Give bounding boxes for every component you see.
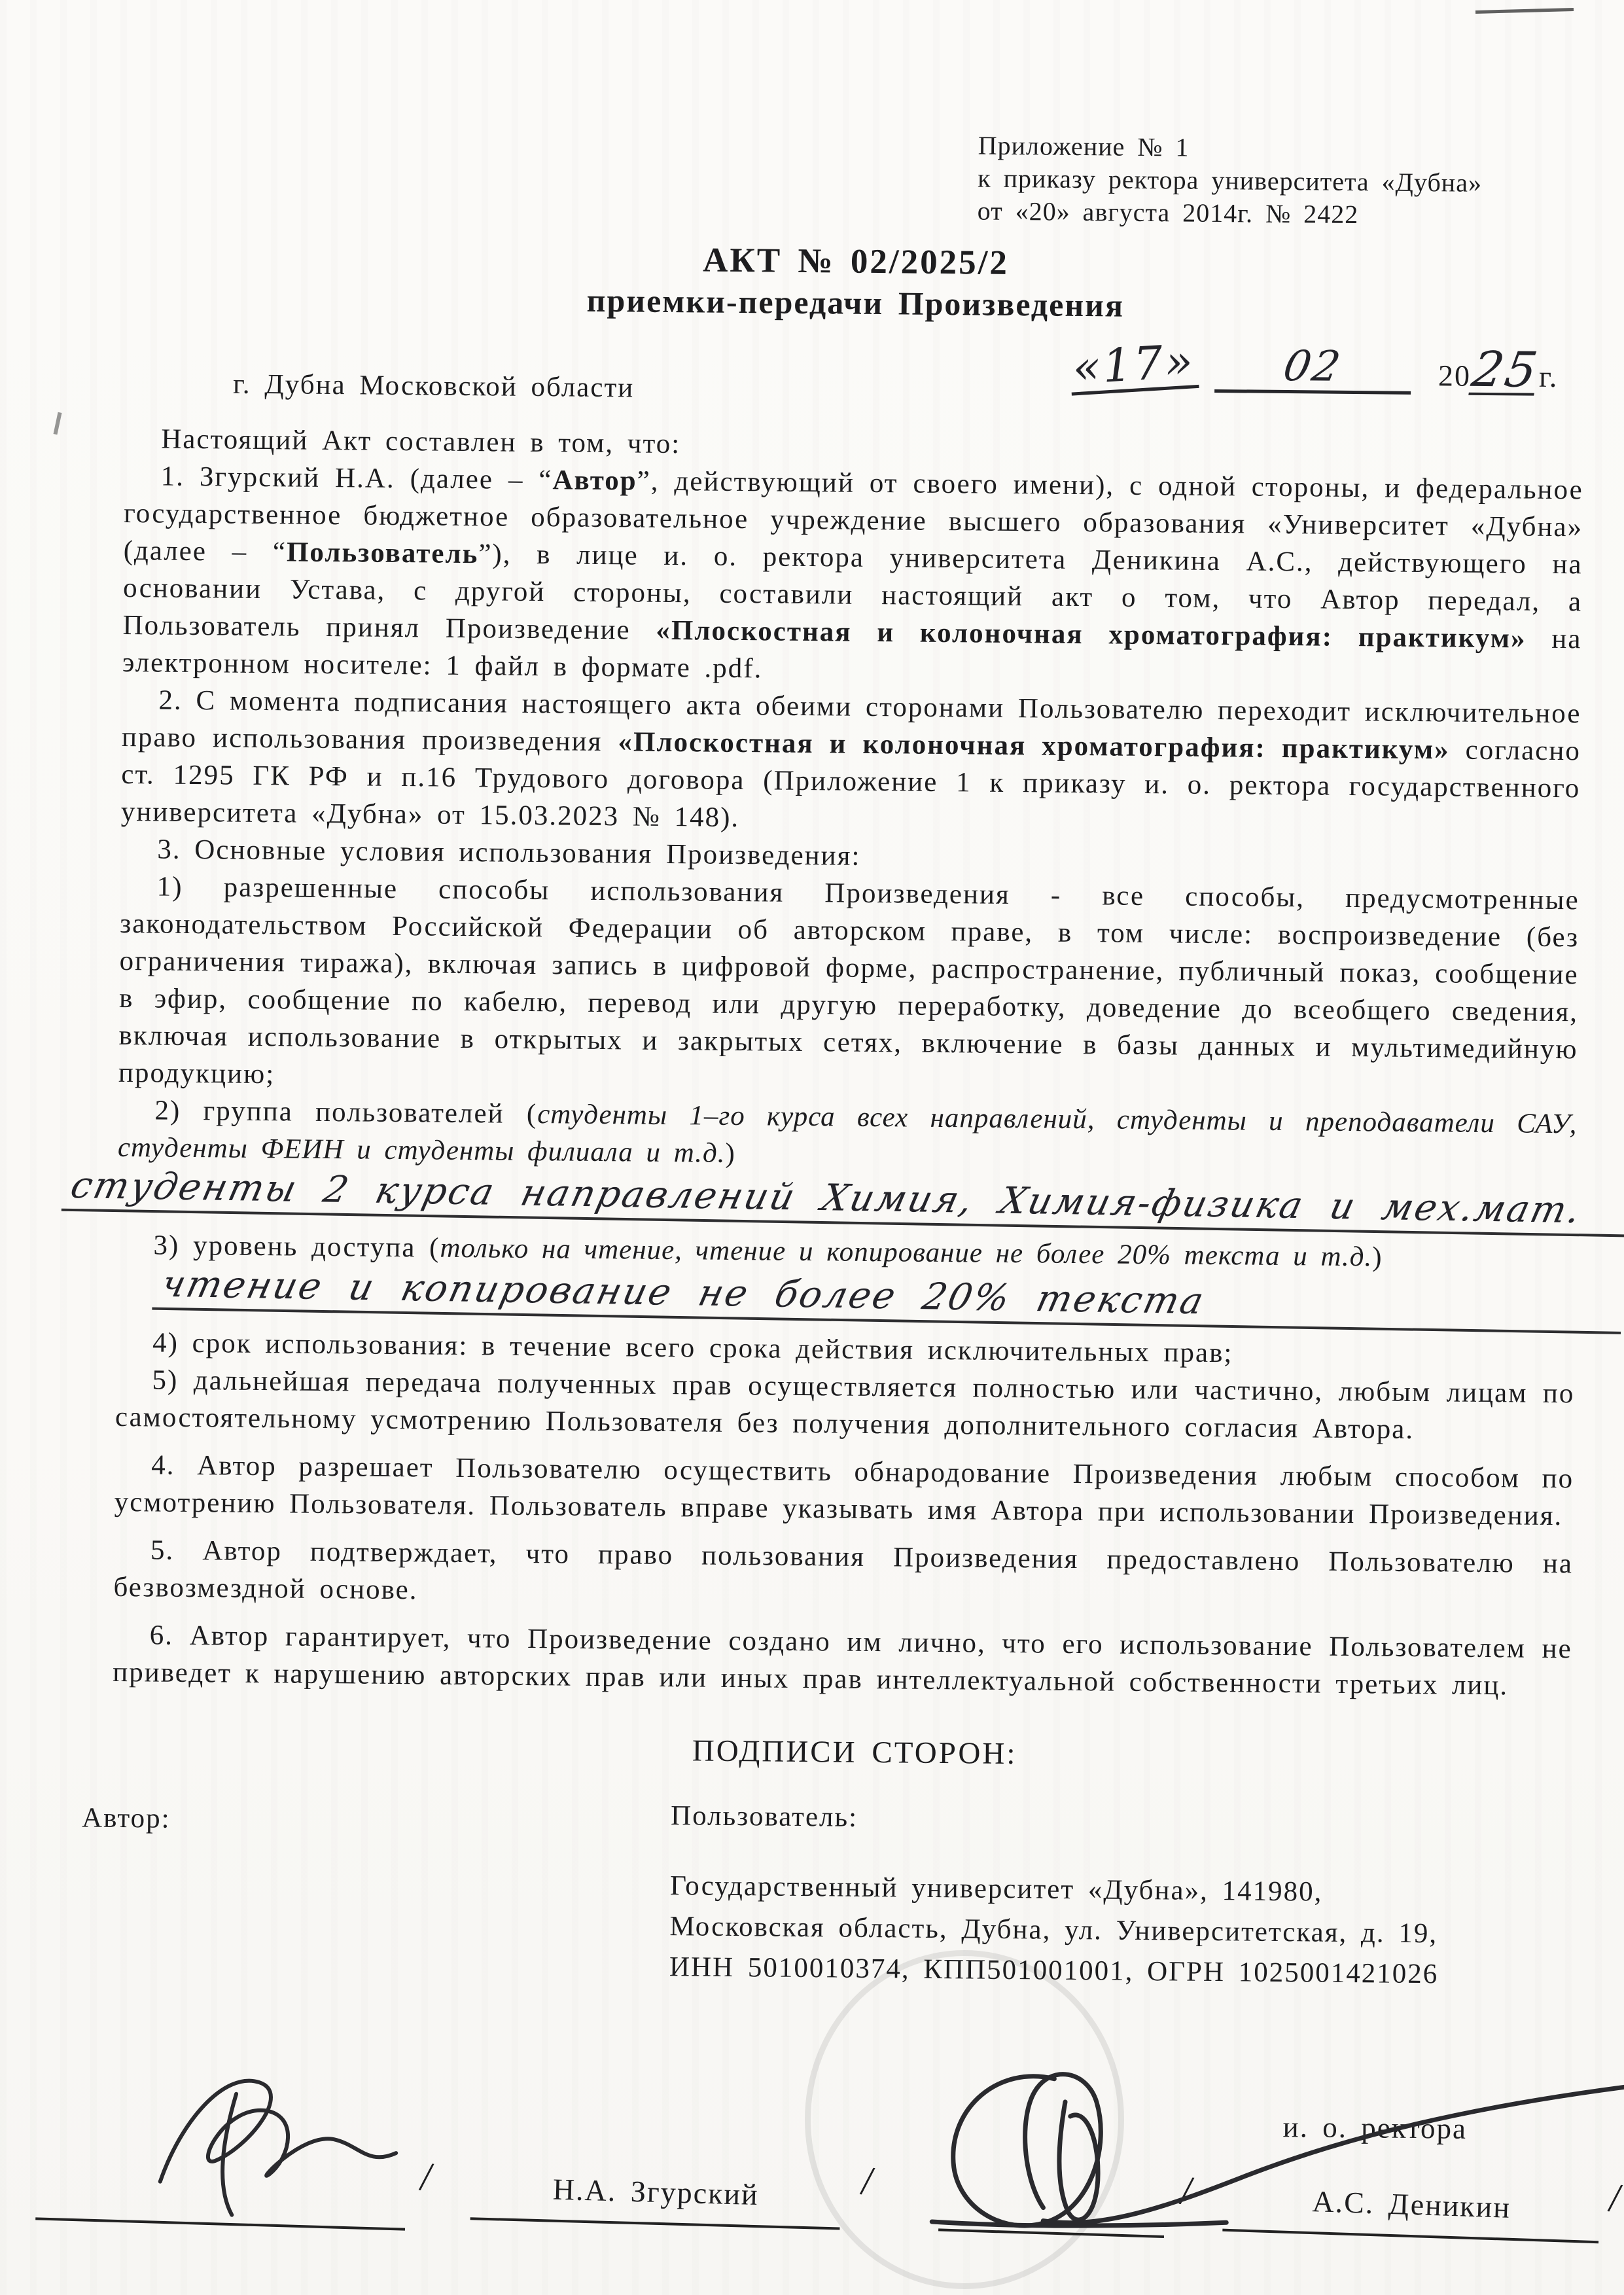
author-label: Автор: [82,1799,171,1837]
text-segment: «Плоскостная и колоночная хроматография:… [618,726,1450,765]
text-segment: 4. Автор разрешает Пользователю осуществ… [115,1450,1574,1531]
user-label: Пользователь: [671,1797,1570,1843]
paragraph-2-rights: 2. С момента подписания настоящего акта … [121,681,1581,844]
annex-line-2: к приказу ректора университета «Дубна» [978,162,1586,200]
text-segment: ) [725,1138,736,1169]
date-year: 2025г. [1438,346,1559,396]
annex-line-3: от «20» августа 2014г. № 2422 [978,194,1586,233]
text-segment: 5) дальнейшая передача полученных прав о… [115,1364,1575,1445]
rector-signature [912,2029,1624,2271]
date-day-handwritten: «17» [1068,338,1199,396]
document-title: АКТ № 02/2025/2 приемки-передачи Произве… [126,234,1585,330]
text-segment: 3) уровень доступа ( [153,1230,440,1263]
annex-reference: Приложение № 1 к приказу ректора универс… [978,129,1587,233]
paragraph-4-publication: 4. Автор разрешает Пользователю осуществ… [114,1446,1574,1535]
date-year-printed: 20 [1438,359,1471,392]
user-details-block: Пользователь: Государственный университе… [669,1797,1571,1996]
document-body: Настоящий Акт составлен в том, что: 1. З… [113,420,1584,1705]
paragraph-6-warranty: 6. Автор гарантирует, что Произведение с… [113,1616,1572,1705]
signature-row: / Н.А. Згурский / / и. о. ректора А.С. Д… [107,2070,1568,2295]
paragraph-1-parties: 1. Згурский Н.А. (далее – “Автор”, дейст… [122,457,1583,695]
place-date-row: г. Дубна Московской области «17» 02 2025… [125,336,1585,431]
clause-5-rights-transfer: 5) дальнейшая передача полученных прав о… [115,1361,1575,1450]
signature-parties: Автор: Пользователь: Государственный уни… [109,1792,1570,2015]
date-month-handwritten: 02 [1280,345,1345,389]
date-year-suffix: г. [1539,360,1559,393]
signatures-section: ПОДПИСИ СТОРОН: Автор: Пользователь: Гос… [107,1727,1571,2295]
author-name: Н.А. Згурский [470,2168,841,2230]
signatures-heading: ПОДПИСИ СТОРОН: [138,1727,1571,1778]
text-segment: 5. Автор подтверждает, что право пользов… [113,1535,1573,1605]
text-segment: 1) разрешенные способы использования Про… [118,871,1580,1090]
document-content: Приложение № 1 к приказу ректора универс… [107,121,1587,2295]
text-segment: Автор [552,465,637,496]
text-segment: 3. Основные условия использования Произв… [157,834,861,871]
text-segment: 6. Автор гарантирует, что Произведение с… [113,1620,1572,1701]
annex-line-1: Приложение № 1 [978,129,1586,168]
clause-1-usage-methods: 1) разрешенные способы использования Про… [118,868,1580,1105]
text-segment: 2) группа пользователей ( [154,1095,537,1130]
handwritten-access-level-text: чтение и копирование не более 20% текста [158,1264,1209,1322]
slash-2: / [859,2162,877,2200]
text-segment: Пользователь [287,537,479,569]
user-detail-line-3: ИНН 5010010374, КПП501001001, ОГРН 10250… [669,1947,1570,1996]
clause-2-user-group: 2) группа пользователей (студенты 1–го к… [118,1092,1578,1180]
pen-mark [1475,8,1574,14]
paragraph-5-gratuitous: 5. Автор подтверждает, что право пользов… [113,1531,1573,1620]
author-signature [124,2047,414,2233]
scan-speck [54,412,62,435]
user-details: Государственный университет «Дубна», 141… [669,1866,1570,1996]
document-page: Приложение № 1 к приказу ректора универс… [0,0,1624,2295]
date-block: «17» 02 2025г. [1070,341,1559,396]
slash-1: / [418,2157,436,2196]
date-year-handwritten: 25 [1468,347,1542,396]
date-month-line: 02 [1214,344,1411,395]
text-segment: 1. Згурский Н.А. (далее – “ [161,461,553,496]
text-segment: Настоящий Акт составлен в том, что: [161,424,680,460]
place-label: г. Дубна Московской области [233,366,635,407]
text-segment: ) [1372,1241,1383,1272]
text-segment: только на чтение, чтение и копирование н… [440,1233,1372,1273]
text-segment: «Плоскостная и колоночная хроматография:… [656,615,1527,654]
